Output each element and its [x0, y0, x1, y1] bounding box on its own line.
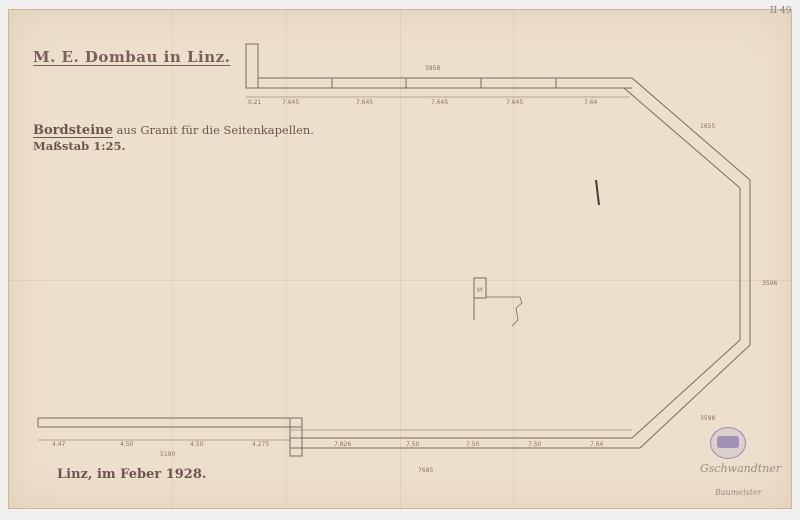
- dim-bottom-4: 7.50: [528, 441, 542, 448]
- vertical-note: 3596: [762, 280, 777, 287]
- dim-left-2: 4.50: [120, 441, 134, 448]
- signature: Gschwandtner: [700, 462, 781, 475]
- dim-top-total: 3858: [425, 65, 440, 72]
- dim-left-3: 4.50: [190, 441, 204, 448]
- dim-left-width: 0.21: [248, 99, 262, 106]
- official-stamp: [710, 427, 746, 459]
- dim-bottom-3: 7.50: [466, 441, 480, 448]
- dim-left-1: 4.47: [52, 441, 66, 448]
- diag-top-note: 1655: [700, 123, 715, 130]
- dim-top-4: 7.645: [506, 99, 523, 106]
- dim-bottom-2: 7.50: [406, 441, 420, 448]
- dim-top-1: 7.645: [282, 99, 299, 106]
- dim-bottom-total: 7685: [418, 467, 433, 474]
- dim-bottom-5: 7.64: [590, 441, 604, 448]
- signature-title: Baumeister: [715, 488, 762, 497]
- dim-left-total: 5190: [160, 451, 175, 458]
- diag-bottom-note: 3598: [700, 415, 715, 422]
- technical-drawing: 7.645 7.645 7.645 7.645 7.64 3858 0.21 4…: [0, 0, 800, 520]
- stamp-emblem: [717, 436, 739, 448]
- detail-label: M: [477, 287, 482, 294]
- dim-top-3: 7.645: [431, 99, 448, 106]
- dim-top-5: 7.64: [584, 99, 598, 106]
- dim-left-4: 4.275: [252, 441, 269, 448]
- dim-bottom-1: 7.826: [334, 441, 351, 448]
- dim-top-2: 7.645: [356, 99, 373, 106]
